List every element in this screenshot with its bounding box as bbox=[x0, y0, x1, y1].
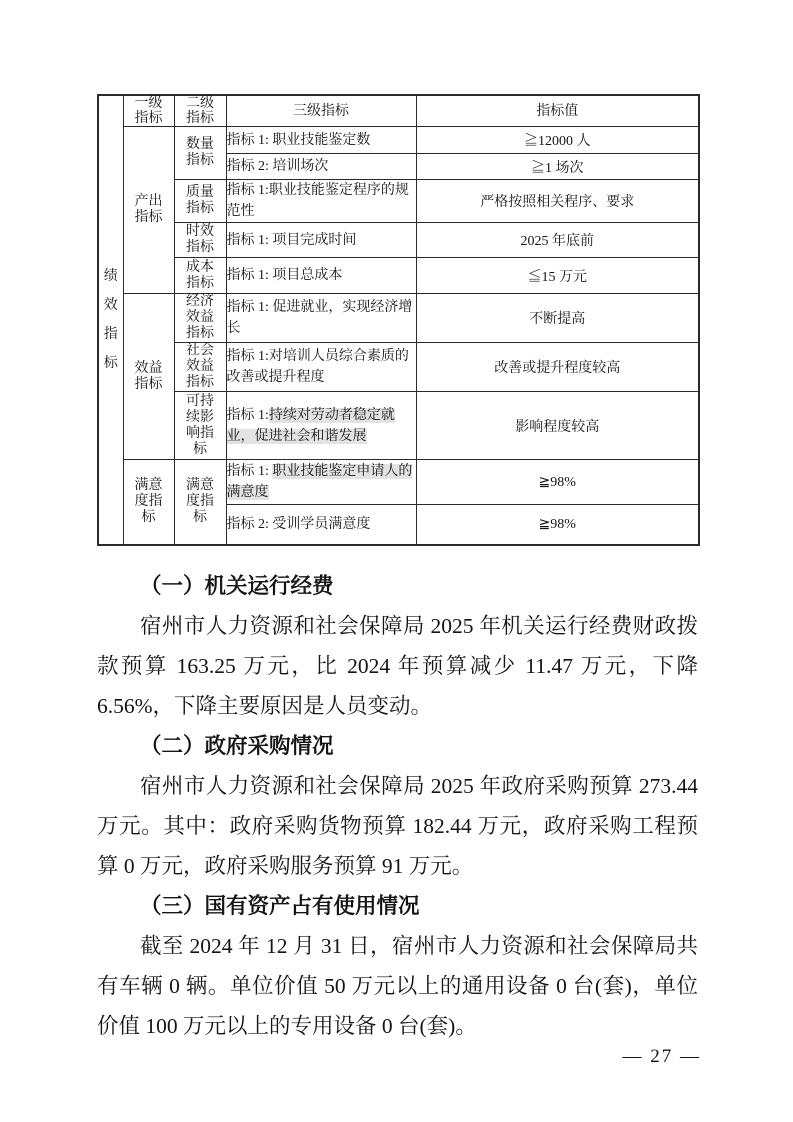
cell-l3-indicator: 指标 2: 受训学员满意度 bbox=[226, 505, 416, 545]
cell-indicator-value: ≧12000 人 bbox=[416, 127, 699, 154]
cell-indicator-value: ≧1 场次 bbox=[416, 154, 699, 180]
section-1-heading: （一）机关运行经费 bbox=[97, 566, 698, 606]
table-row: 成本 指标 指标 1: 项目总成本 ≦15 万元 bbox=[98, 258, 699, 294]
section-3-heading: （三）国有资产占有使用情况 bbox=[97, 886, 698, 926]
table-row: 产出 指标 数量 指标 指标 1: 职业技能鉴定数 ≧12000 人 bbox=[98, 127, 699, 154]
performance-indicators-table: 绩 效 指 标 一级 指标 二级 指标 三级指标 指标值 产出 指标 数量 指标… bbox=[97, 94, 700, 546]
cell-l2-cost: 成本 指标 bbox=[174, 258, 226, 294]
cell-indicator-value: 2025 年底前 bbox=[416, 223, 699, 258]
cell-l2-sustainability: 可持 续影 响指 标 bbox=[174, 392, 226, 460]
cell-indicator-value: ≧98% bbox=[416, 460, 699, 505]
header-level3: 三级指标 bbox=[226, 95, 416, 127]
cell-l3-indicator: 指标 1:职业技能鉴定程序的规范性 bbox=[226, 180, 416, 223]
cell-l1-benefit: 效益 指标 bbox=[123, 294, 174, 460]
section-2-body: 宿州市人力资源和社会保障局 2025 年政府采购预算 273.44 万元。其中：… bbox=[97, 766, 698, 886]
cell-l3-indicator: 指标 1: 职业技能鉴定申请人的满意度 bbox=[226, 460, 416, 505]
cell-l1-satisfaction: 满意 度指 标 bbox=[123, 460, 174, 545]
section-2-heading: （二）政府采购情况 bbox=[97, 726, 698, 766]
cell-l3-indicator: 指标 1: 项目总成本 bbox=[226, 258, 416, 294]
header-indicator-value: 指标值 bbox=[416, 95, 699, 127]
table-row: 时效 指标 指标 1: 项目完成时间 2025 年底前 bbox=[98, 223, 699, 258]
cell-l2-quantity: 数量 指标 bbox=[174, 127, 226, 180]
document-page: 绩 效 指 标 一级 指标 二级 指标 三级指标 指标值 产出 指标 数量 指标… bbox=[0, 0, 793, 1122]
section-3-body: 截至 2024 年 12 月 31 日，宿州市人力资源和社会保障局共有车辆 0 … bbox=[97, 926, 698, 1046]
cell-indicator-value: 不断提高 bbox=[416, 294, 699, 343]
table-row: 可持 续影 响指 标 指标 1:持续对劳动者稳定就业，促进社会和谐发展 影响程度… bbox=[98, 392, 699, 460]
section-government-procurement: （二）政府采购情况 宿州市人力资源和社会保障局 2025 年政府采购预算 273… bbox=[97, 726, 698, 886]
cell-l1-output: 产出 指标 bbox=[123, 127, 174, 294]
cell-indicator-value: 改善或提升程度较高 bbox=[416, 343, 699, 392]
header-level1: 一级 指标 bbox=[123, 95, 174, 127]
section-agency-operating-expenses: （一）机关运行经费 宿州市人力资源和社会保障局 2025 年机关运行经费财政拨款… bbox=[97, 566, 698, 726]
table-row: 满意 度指 标 满意 度指 标 指标 1: 职业技能鉴定申请人的满意度 ≧98% bbox=[98, 460, 699, 505]
section-1-body: 宿州市人力资源和社会保障局 2025 年机关运行经费财政拨款预算 163.25 … bbox=[97, 606, 698, 726]
cell-l3-indicator: 指标 1:持续对劳动者稳定就业，促进社会和谐发展 bbox=[226, 392, 416, 460]
section-state-owned-assets: （三）国有资产占有使用情况 截至 2024 年 12 月 31 日，宿州市人力资… bbox=[97, 886, 698, 1046]
cell-indicator-value: 影响程度较高 bbox=[416, 392, 699, 460]
cell-l2-timeliness: 时效 指标 bbox=[174, 223, 226, 258]
cell-l2-social: 社会 效益 指标 bbox=[174, 343, 226, 392]
cell-l3-indicator: 指标 2: 培训场次 bbox=[226, 154, 416, 180]
table-row: 效益 指标 经济 效益 指标 指标 1: 促进就业，实现经济增长 不断提高 bbox=[98, 294, 699, 343]
cell-l2-satisfaction: 满意 度指 标 bbox=[174, 460, 226, 545]
cell-indicator-value: ≦15 万元 bbox=[416, 258, 699, 294]
table-row: 社会 效益 指标 指标 1:对培训人员综合素质的改善或提升程度 改善或提升程度较… bbox=[98, 343, 699, 392]
cell-l3-indicator: 指标 1: 职业技能鉴定数 bbox=[226, 127, 416, 154]
header-level2: 二级 指标 bbox=[174, 95, 226, 127]
cell-l3-indicator: 指标 1: 项目完成时间 bbox=[226, 223, 416, 258]
table-row: 质量 指标 指标 1:职业技能鉴定程序的规范性 严格按照相关程序、要求 bbox=[98, 180, 699, 223]
cell-l2-economic: 经济 效益 指标 bbox=[174, 294, 226, 343]
page-number: — 27 — bbox=[623, 1044, 702, 1070]
cell-indicator-value: ≧98% bbox=[416, 505, 699, 545]
cell-l2-quality: 质量 指标 bbox=[174, 180, 226, 223]
cell-indicator-value: 严格按照相关程序、要求 bbox=[416, 180, 699, 223]
side-label-performance-indicators: 绩 效 指 标 bbox=[98, 95, 123, 545]
cell-l3-indicator: 指标 1: 促进就业，实现经济增长 bbox=[226, 294, 416, 343]
cell-l3-indicator: 指标 1:对培训人员综合素质的改善或提升程度 bbox=[226, 343, 416, 392]
body-text: （一）机关运行经费 宿州市人力资源和社会保障局 2025 年机关运行经费财政拨款… bbox=[97, 566, 698, 1046]
table-header-row: 绩 效 指 标 一级 指标 二级 指标 三级指标 指标值 bbox=[98, 95, 699, 127]
